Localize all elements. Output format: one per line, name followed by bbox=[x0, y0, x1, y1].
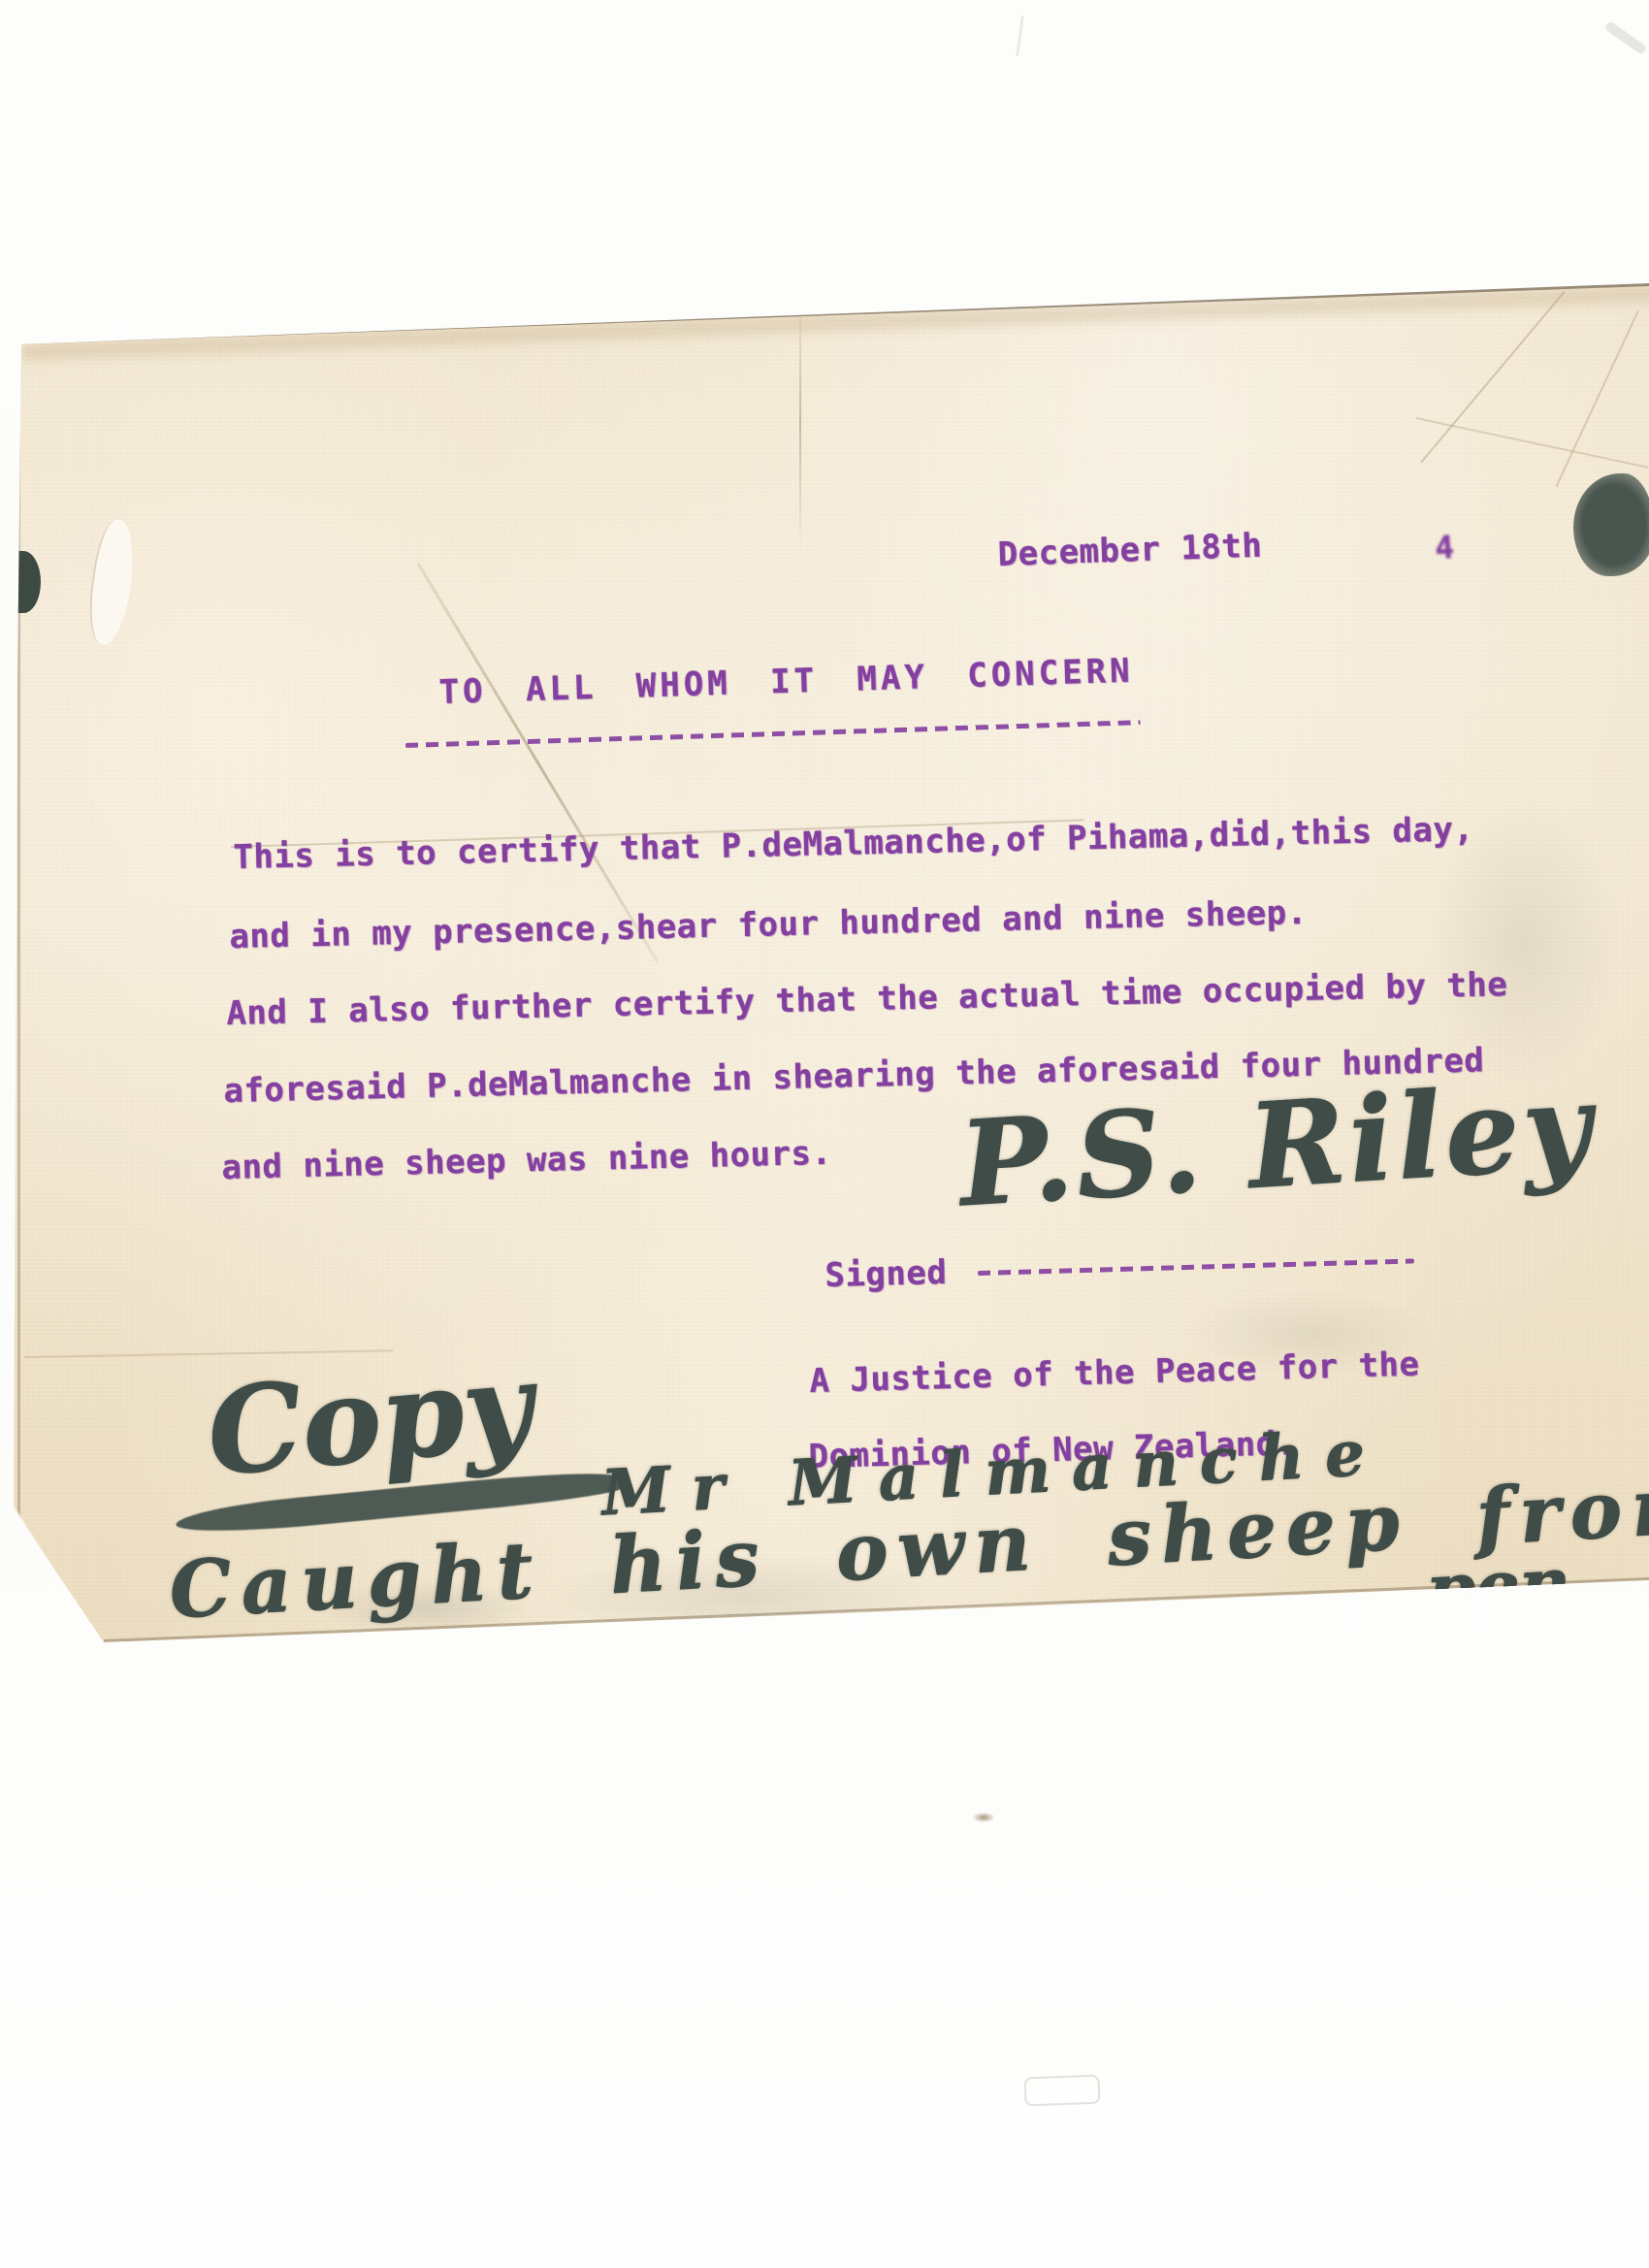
paper-edge-top-shade bbox=[21, 286, 1649, 360]
scanner-streak-top-right bbox=[1603, 20, 1647, 55]
body-line-1: This is to certify that P.deMalmanche,of… bbox=[233, 810, 1474, 877]
heading-underline bbox=[405, 720, 1141, 748]
scanned-letter: 4 December 18th TO ALL WHOM IT MAY CONCE… bbox=[0, 0, 1649, 2268]
crease-top-right-1 bbox=[1420, 291, 1565, 463]
signed-label: Signed bbox=[824, 1253, 948, 1295]
attestation-line-1: A Justice of the Peace for the bbox=[809, 1345, 1420, 1401]
crease-top-right-2 bbox=[1555, 310, 1638, 487]
ink-blob-left-edge bbox=[6, 551, 41, 613]
faint-rect-artifact bbox=[1024, 2075, 1101, 2107]
note-pen-annotation: pen. bbox=[1424, 1539, 1597, 1631]
ink-blob-top-right bbox=[1573, 473, 1649, 576]
tear-hole-left bbox=[83, 517, 140, 647]
letter-heading: TO ALL WHOM IT MAY CONCERN bbox=[438, 652, 1134, 712]
body-line-5: and nine sheep was nine hours. bbox=[221, 1134, 832, 1187]
scanner-mark-top-center bbox=[1016, 16, 1024, 56]
crease-diagonal-tear bbox=[417, 563, 660, 963]
crease-top-right-3 bbox=[1416, 417, 1649, 469]
corner-fold-bottom-left bbox=[10, 1499, 102, 1644]
paper-edge-left bbox=[17, 345, 20, 1519]
date-line: December 18th bbox=[997, 526, 1263, 573]
signature-dash-line bbox=[978, 1258, 1414, 1276]
speck-below-paper bbox=[972, 1812, 995, 1823]
body-line-3: And I also further certify that the actu… bbox=[226, 965, 1508, 1033]
body-line-2: and in my presence,shear four hundred an… bbox=[229, 893, 1308, 956]
paper-document: 4 December 18th TO ALL WHOM IT MAY CONCE… bbox=[0, 0, 1649, 2268]
stray-purple-mark: 4 bbox=[1434, 529, 1455, 567]
paper-edge-top bbox=[21, 283, 1649, 344]
copy-annotation: Copy bbox=[202, 1335, 537, 1503]
